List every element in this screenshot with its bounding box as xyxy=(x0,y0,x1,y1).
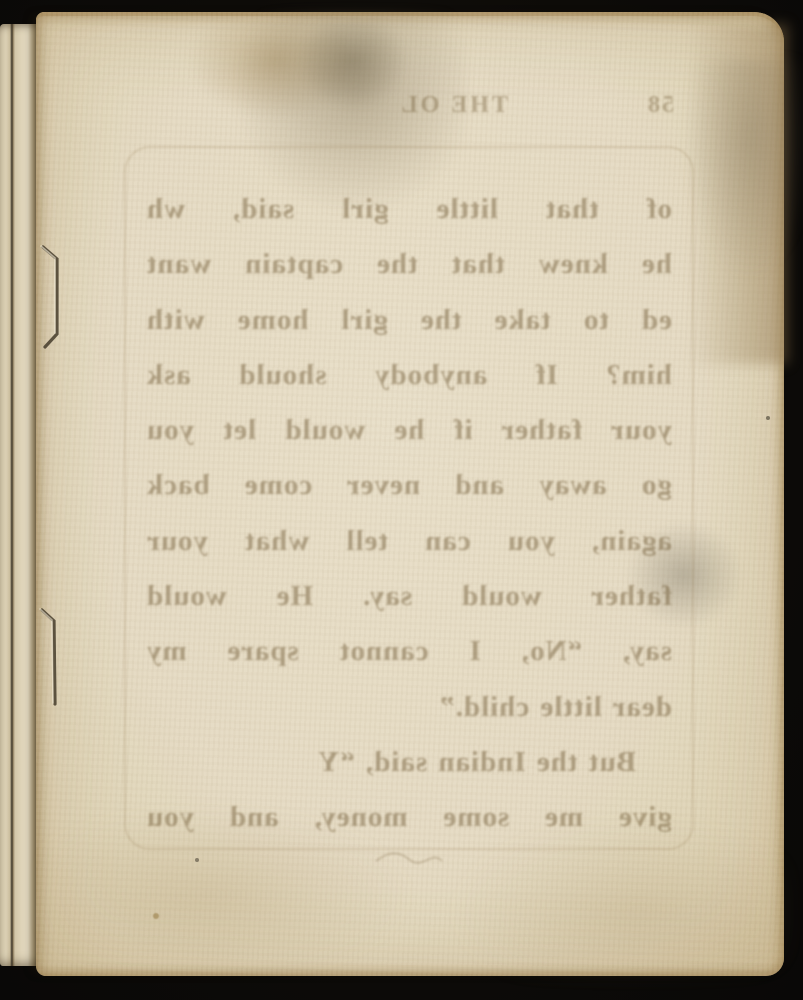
bleed-text-line: father would say. He would xyxy=(146,569,672,624)
bleed-running-header: 58 THE OL xyxy=(122,92,696,119)
bleed-text-line: give me some money, and you xyxy=(146,790,672,845)
staple-top-icon xyxy=(40,244,66,354)
stain-fore-edge-band xyxy=(688,24,788,364)
bleed-text-line: your father if he would let you xyxy=(146,403,672,458)
bleed-text-line: dear little child.” xyxy=(146,680,672,735)
bleed-header-title: THE OL xyxy=(399,92,508,119)
speck xyxy=(766,416,770,420)
bleed-text-line: he knew that the captain want xyxy=(146,237,672,292)
bleed-text-line: him? If anybody should ask xyxy=(146,348,672,403)
speck xyxy=(153,913,159,919)
bleed-page-number: 58 xyxy=(646,92,674,119)
staple-bottom-icon xyxy=(38,606,64,710)
photo-backdrop: 58 THE OL of that little girl said, wh h… xyxy=(0,0,803,1000)
bleed-text-line: of that little girl said, wh xyxy=(146,182,672,237)
ornament-flourish-icon xyxy=(146,852,672,873)
book-page-edges xyxy=(0,24,40,966)
stain-top-right xyxy=(684,60,803,280)
bleed-page-frame: of that little girl said, wh he knew tha… xyxy=(124,146,694,850)
bleed-text-line: say, “No, I cannot spare my xyxy=(146,624,672,679)
bleed-through-text: 58 THE OL of that little girl said, wh h… xyxy=(122,82,696,854)
bleed-text-line: go away and never come back xyxy=(146,458,672,513)
bleed-text-line: again, you can tell what your xyxy=(146,514,672,569)
book-page: 58 THE OL of that little girl said, wh h… xyxy=(36,12,784,976)
bleed-text-line: But the Indian said, “Y xyxy=(146,735,672,790)
bleed-text-line: ed to take the girl home with xyxy=(146,293,672,348)
